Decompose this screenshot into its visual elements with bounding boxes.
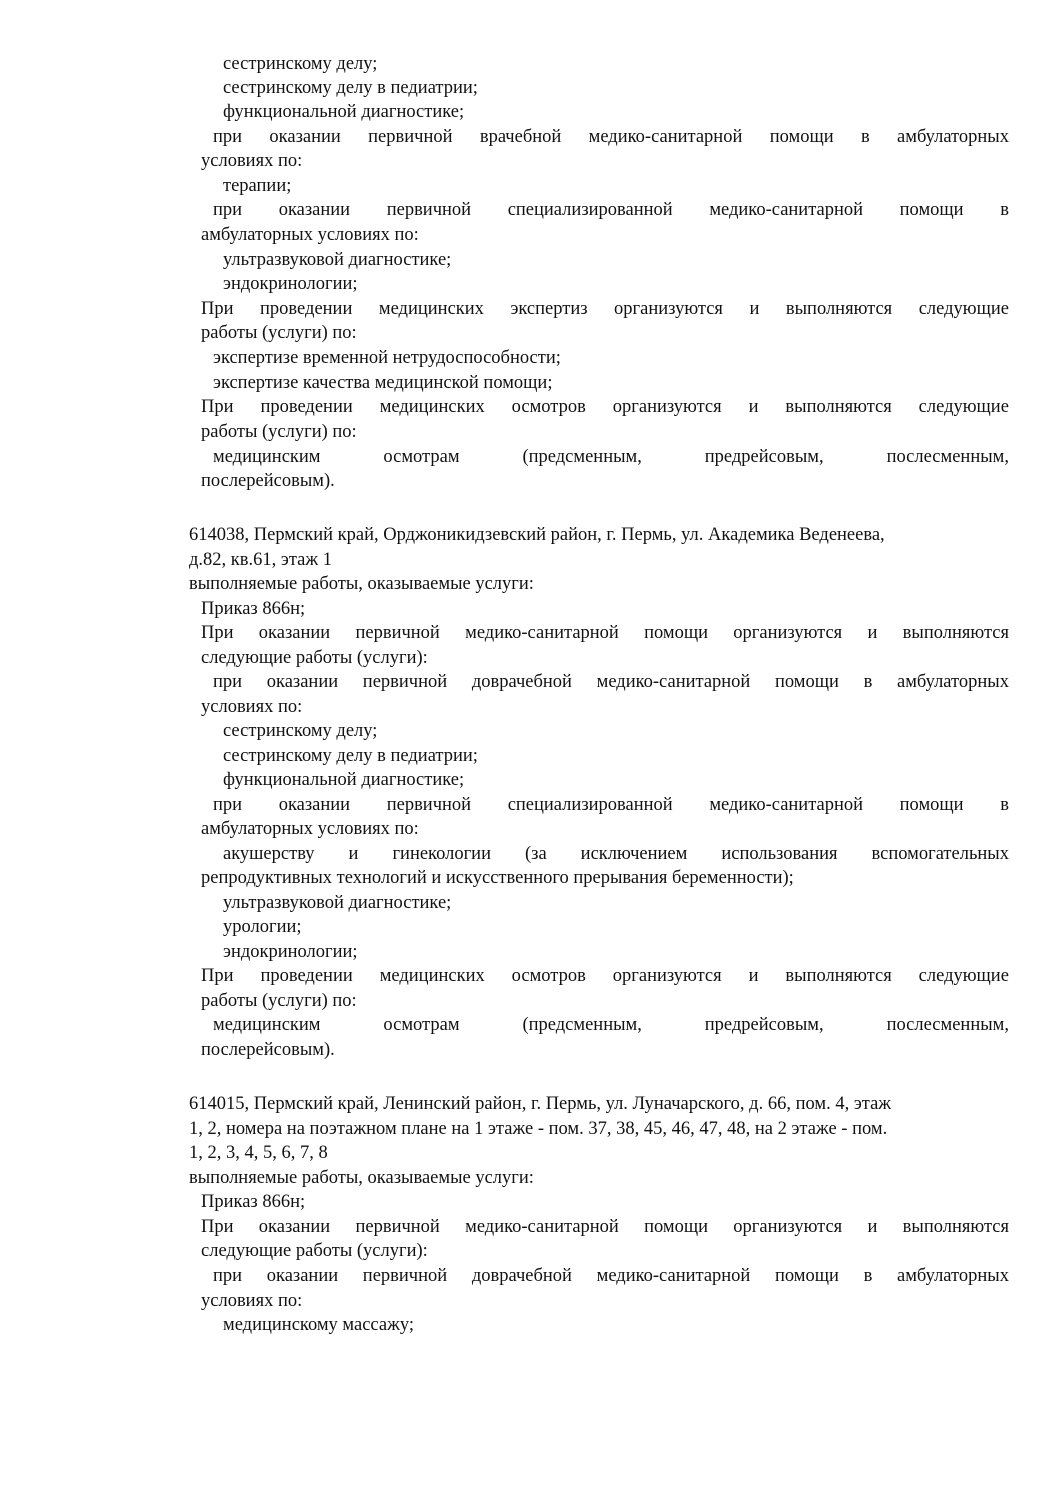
list-item-cont: послерейсовым). — [201, 469, 335, 493]
word: первичной — [387, 793, 471, 817]
section-header-cont: работы (услуги) по: — [201, 420, 357, 444]
word: организуются — [733, 621, 842, 645]
word: и — [749, 297, 759, 321]
word: медико-санитарной — [465, 1215, 619, 1239]
word: специализированной — [508, 793, 673, 817]
word: При — [201, 621, 234, 645]
word: врачебной — [480, 125, 561, 149]
word: медико-санитарной — [597, 670, 751, 694]
section-header: приоказаниипервичнойдоврачебноймедико-са… — [213, 670, 1009, 694]
section-header: Припроведениимедицинскихэкспертизорганиз… — [201, 297, 1009, 321]
word: послесменным, — [887, 445, 1009, 469]
word: помощи — [775, 1264, 839, 1288]
word: первичной — [368, 125, 452, 149]
word: медико-санитарной — [709, 793, 863, 817]
word: экспертиз — [510, 297, 587, 321]
word: оказании — [279, 793, 350, 817]
section-header-cont: условиях по: — [201, 695, 302, 719]
word: оказании — [279, 198, 350, 222]
word: исключением — [581, 842, 688, 866]
word: организуются — [613, 964, 722, 988]
address-line: 614038, Пермский край, Орджоникидзевский… — [189, 523, 885, 547]
word: При — [201, 1215, 234, 1239]
word: при — [213, 1264, 242, 1288]
word: акушерству — [223, 842, 315, 866]
section-header-cont: амбулаторных условиях по: — [201, 223, 419, 247]
word: при — [213, 670, 242, 694]
list-item-cont: послерейсовым). — [201, 1038, 335, 1062]
list-item: эндокринологии; — [223, 940, 358, 964]
word: медицинских — [379, 297, 484, 321]
word: в — [1000, 198, 1009, 222]
word: проведении — [260, 297, 352, 321]
word: использования — [721, 842, 837, 866]
list-item: урологии; — [223, 915, 302, 939]
word: амбулаторных — [897, 670, 1009, 694]
section-header: Приоказаниипервичноймедико-санитарнойпом… — [201, 621, 1009, 645]
section-header: Припроведениимедицинскихосмотроворганизу… — [201, 964, 1009, 988]
list-item: медицинскимосмотрам(предсменным,предрейс… — [213, 1013, 1009, 1037]
word: и — [749, 964, 759, 988]
word: вспомогательных — [872, 842, 1009, 866]
word: проведении — [260, 964, 352, 988]
word: медицинским — [213, 1013, 321, 1037]
word: послесменным, — [887, 1013, 1009, 1037]
word: выполняются — [903, 1215, 1009, 1239]
word: При — [201, 395, 234, 419]
word: оказании — [267, 670, 338, 694]
list-item-cont: репродуктивных технологий и искусственно… — [201, 866, 794, 890]
word: предрейсовым, — [705, 445, 824, 469]
word: (предсменным, — [522, 445, 641, 469]
list-item: функциональной диагностике; — [223, 100, 464, 124]
list-item: терапии; — [223, 174, 291, 198]
list-item: ультразвуковой диагностике; — [223, 891, 451, 915]
word: и — [867, 621, 877, 645]
list-item: экспертизе качества медицинской помощи; — [213, 371, 552, 395]
word: осмотров — [512, 395, 586, 419]
word: первичной — [363, 670, 447, 694]
word: в — [861, 125, 870, 149]
word: и — [749, 395, 759, 419]
word: организуются — [614, 297, 723, 321]
word: помощи — [644, 621, 708, 645]
section-header-cont: амбулаторных условиях по: — [201, 817, 419, 841]
section-header: Приоказаниипервичноймедико-санитарнойпом… — [201, 1215, 1009, 1239]
word: организуются — [613, 395, 722, 419]
word: проведении — [260, 395, 352, 419]
section-header-cont: работы (услуги) по: — [201, 989, 357, 1013]
address-line: д.82, кв.61, этаж 1 — [189, 548, 332, 572]
works-label: выполняемые работы, оказываемые услуги: — [189, 572, 534, 596]
word: при — [213, 198, 242, 222]
word: оказании — [269, 125, 340, 149]
address-line: 1, 2, номера на поэтажном плане на 1 эта… — [189, 1117, 887, 1141]
word: доврачебной — [472, 1264, 572, 1288]
section-header: приоказаниипервичнойспециализированнойме… — [213, 793, 1009, 817]
word: следующие — [919, 964, 1009, 988]
word: выполняются — [785, 964, 891, 988]
word: гинекологии — [392, 842, 491, 866]
word: амбулаторных — [897, 125, 1009, 149]
list-item: эндокринологии; — [223, 272, 358, 296]
section-header-cont: следующие работы (услуги): — [201, 1239, 428, 1263]
word: следующие — [919, 297, 1009, 321]
list-item: функциональной диагностике; — [223, 768, 464, 792]
word: организуются — [733, 1215, 842, 1239]
address-line: 614015, Пермский край, Ленинский район, … — [189, 1092, 891, 1116]
word: оказании — [267, 1264, 338, 1288]
order-ref: Приказ 866н; — [201, 597, 305, 621]
word: помощи — [775, 670, 839, 694]
section-header: приоказаниипервичнойдоврачебноймедико-са… — [213, 1264, 1009, 1288]
word: медико-санитарной — [589, 125, 743, 149]
word: выполняются — [903, 621, 1009, 645]
word: медико-санитарной — [597, 1264, 751, 1288]
section-header: приоказаниипервичнойврачебноймедико-сани… — [213, 125, 1009, 149]
word: помощи — [900, 793, 964, 817]
word: помощи — [644, 1215, 708, 1239]
section-header: Припроведениимедицинскихосмотроворганизу… — [201, 395, 1009, 419]
list-item: сестринскому делу; — [223, 52, 377, 76]
section-header-cont: условиях по: — [201, 149, 302, 173]
word: осмотров — [512, 964, 586, 988]
word: первичной — [363, 1264, 447, 1288]
word: выполняются — [785, 395, 891, 419]
word: При — [201, 964, 234, 988]
list-item: медицинскимосмотрам(предсменным,предрейс… — [213, 445, 1009, 469]
section-header-cont: условиях по: — [201, 1289, 302, 1313]
word: в — [1000, 793, 1009, 817]
word: и — [349, 842, 359, 866]
word: при — [213, 793, 242, 817]
word: оказании — [259, 621, 330, 645]
word: медицинским — [213, 445, 321, 469]
word: доврачебной — [472, 670, 572, 694]
word: первичной — [387, 198, 471, 222]
word: помощи — [900, 198, 964, 222]
word: оказании — [259, 1215, 330, 1239]
word: следующие — [919, 395, 1009, 419]
word: помощи — [770, 125, 834, 149]
word: специализированной — [508, 198, 673, 222]
list-item: сестринскому делу; — [223, 719, 377, 743]
word: медико-санитарной — [465, 621, 619, 645]
word: медико-санитарной — [709, 198, 863, 222]
list-item: экспертизе временной нетрудоспособности; — [213, 346, 561, 370]
word: (предсменным, — [522, 1013, 641, 1037]
document-page: сестринскому делу; сестринскому делу в п… — [0, 0, 1060, 1500]
section-header: приоказаниипервичнойспециализированнойме… — [213, 198, 1009, 222]
word: осмотрам — [383, 445, 459, 469]
section-header-cont: работы (услуги) по: — [201, 321, 357, 345]
address-line: 1, 2, 3, 4, 5, 6, 7, 8 — [189, 1141, 328, 1165]
list-item: ультразвуковой диагностике; — [223, 248, 451, 272]
word: первичной — [355, 1215, 439, 1239]
word: медицинских — [380, 964, 485, 988]
word: выполняются — [786, 297, 892, 321]
section-header-cont: следующие работы (услуги): — [201, 646, 428, 670]
word: в — [864, 1264, 873, 1288]
list-item: медицинскому массажу; — [223, 1313, 414, 1337]
word: в — [864, 670, 873, 694]
word: при — [213, 125, 242, 149]
word: амбулаторных — [897, 1264, 1009, 1288]
list-item: сестринскому делу в педиатрии; — [223, 76, 478, 100]
word: первичной — [355, 621, 439, 645]
list-item: акушерствуигинекологии(заисключениемиспо… — [223, 842, 1009, 866]
order-ref: Приказ 866н; — [201, 1190, 305, 1214]
word: и — [867, 1215, 877, 1239]
works-label: выполняемые работы, оказываемые услуги: — [189, 1166, 534, 1190]
word: При — [201, 297, 234, 321]
word: медицинских — [380, 395, 485, 419]
word: осмотрам — [383, 1013, 459, 1037]
word: (за — [525, 842, 547, 866]
word: предрейсовым, — [705, 1013, 824, 1037]
list-item: сестринскому делу в педиатрии; — [223, 744, 478, 768]
